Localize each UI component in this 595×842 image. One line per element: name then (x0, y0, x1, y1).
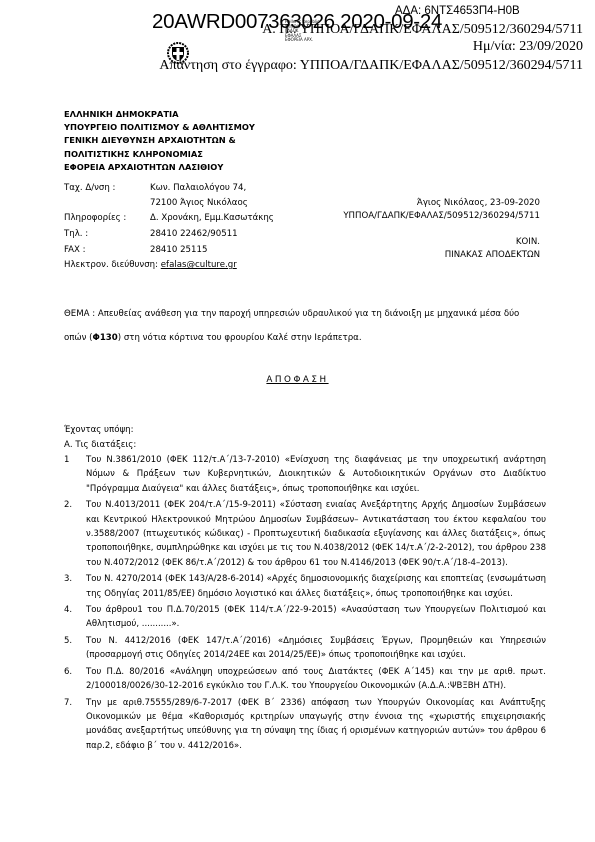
phone-value: 28410 22462/90511 (150, 229, 238, 239)
email-row: Ηλεκτρον. διεύθυνση: efalas@culture.gr (64, 260, 237, 270)
seal-line: ΕΦΟΡΕΙΑ ΑΡΧ. (285, 38, 319, 43)
subject: ΘΕΜΑ : Απευθείας ανάθεση για την παροχή … (64, 302, 539, 350)
law-item: 1Του Ν.3861/2010 (ΦΕΚ 112/τ.Α΄/13-7-2010… (64, 453, 546, 496)
organization-header: ΕΛΛΗΝΙΚΗ ΔΗΜΟΚΡΑΤΙΑ ΥΠΟΥΡΓΕΙΟ ΠΟΛΙΤΙΣΜΟΥ… (64, 108, 255, 174)
law-item: 2.Του Ν.4013/2011 (ΦΕΚ 204/τ.Α΄/15-9-201… (64, 498, 546, 570)
law-number: 1 (64, 453, 69, 467)
org-line: ΥΠΟΥΡΓΕΙΟ ΠΟΛΙΤΙΣΜΟΥ & ΑΘΛΗΤΙΣΜΟΥ (64, 121, 255, 134)
law-number: 5. (64, 634, 72, 648)
document-reference: ΥΠΠΟΑ/ΓΔΑΠΚ/ΕΦΑΛΑΣ/509512/360294/5711 (343, 211, 540, 221)
info-value: Δ. Χρονάκη, Εμμ.Κασωτάκης (150, 213, 274, 223)
address-line2: 72100 Άγιος Νικόλαος (150, 198, 248, 208)
section-a-heading: Α. Τις διατάξεις: (64, 440, 136, 450)
law-item: 7.Την με αριθ.75555/289/6-7-2017 (ΦΕΚ Β΄… (64, 696, 546, 754)
law-item: 4.Του άρθρου1 του Π.Δ.70/2015 (ΦΕΚ 114/τ… (64, 603, 546, 632)
place-date: Άγιος Νικόλαος, 23-09-2020 (417, 198, 540, 208)
greek-emblem-icon (167, 42, 189, 64)
law-text: Την με αριθ.75555/289/6-7-2017 (ΦΕΚ Β΄ 2… (86, 698, 546, 751)
org-line: ΠΟΛΙΤΙΣΤΙΚΗΣ ΚΛΗΡΟΝΟΜΙΑΣ (64, 148, 255, 161)
stamp-date: Ημ/νία: 23/09/2020 (473, 39, 583, 55)
address-label: Ταχ. Δ/νση : (64, 183, 115, 193)
fax-label: FAX : (64, 245, 86, 255)
law-text: Του Ν. 4270/2014 (ΦΕΚ 143/Α/28-6-2014) «… (86, 574, 546, 598)
info-label: Πληροφορίες : (64, 213, 126, 223)
law-number: 7. (64, 696, 72, 710)
email-link[interactable]: efalas@culture.gr (161, 260, 237, 270)
koin-label: ΚΟΙΝ. (516, 237, 540, 247)
digital-seal: Hellenic Republic ΥΠΠΟΑ ΓΔΑΠΚ ΕΦΑΛΑΣ ΕΦΟ… (285, 20, 319, 43)
org-line: ΓΕΝΙΚΗ ΔΙΕΥΘΥΝΣΗ ΑΡΧΑΙΟΤΗΤΩΝ & (64, 134, 255, 147)
subject-label: ΘΕΜΑ : (64, 309, 95, 319)
law-text: Του άρθρου1 του Π.Δ.70/2015 (ΦΕΚ 114/τ.Α… (86, 605, 546, 629)
subject-text-end: ) στη νότια κόρτινα του φρουρίου Καλέ στ… (118, 333, 362, 343)
ada-code: ΑΔΑ: 6ΝΤΣ4653Π4-Η0Β (395, 5, 520, 17)
fax-value: 28410 25115 (150, 245, 207, 255)
email-label: Ηλεκτρον. διεύθυνση: (64, 260, 158, 270)
recipients-table-label: ΠΙΝΑΚΑΣ ΑΠΟΔΕΚΤΩΝ (445, 250, 540, 260)
law-text: Του Ν.3861/2010 (ΦΕΚ 112/τ.Α΄/13-7-2010)… (86, 455, 546, 494)
org-line: ΕΛΛΗΝΙΚΗ ΔΗΜΟΚΡΑΤΙΑ (64, 108, 255, 121)
laws-list: 1Του Ν.3861/2010 (ΦΕΚ 112/τ.Α΄/13-7-2010… (64, 453, 546, 755)
law-text: Του Ν. 4412/2016 (ΦΕΚ 147/τ.Α΄/2016) «Δη… (86, 636, 546, 660)
considering-heading: Έχοντας υπόψη: (64, 425, 133, 435)
reply-reference: Απάντηση στο έγγραφο: ΥΠΠΟΑ/ΓΔΑΠΚ/ΕΦΑΛΑΣ… (159, 58, 583, 74)
decision-title: ΑΠΟΦΑΣΗ (0, 375, 595, 385)
law-item: 3.Του Ν. 4270/2014 (ΦΕΚ 143/Α/28-6-2014)… (64, 572, 546, 601)
law-number: 3. (64, 572, 72, 586)
law-number: 6. (64, 665, 72, 679)
phone-label: Τηλ. : (64, 229, 88, 239)
law-number: 4. (64, 603, 72, 617)
address-line1: Κων. Παλαιολόγου 74, (150, 183, 246, 193)
law-text: Του Π.Δ. 80/2016 «Ανάληψη υποχρεώσεων απ… (86, 667, 546, 691)
subject-bold-code: Φ130 (93, 333, 118, 343)
org-line: ΕΦΟΡΕΙΑ ΑΡΧΑΙΟΤΗΤΩΝ ΛΑΣΙΘΙΟΥ (64, 161, 255, 174)
law-item: 5.Του Ν. 4412/2016 (ΦΕΚ 147/τ.Α΄/2016) «… (64, 634, 546, 663)
law-number: 2. (64, 498, 72, 512)
law-text: Του Ν.4013/2011 (ΦΕΚ 204/τ.Α΄/15-9-2011)… (86, 500, 546, 568)
law-item: 6.Του Π.Δ. 80/2016 «Ανάληψη υποχρεώσεων … (64, 665, 546, 694)
